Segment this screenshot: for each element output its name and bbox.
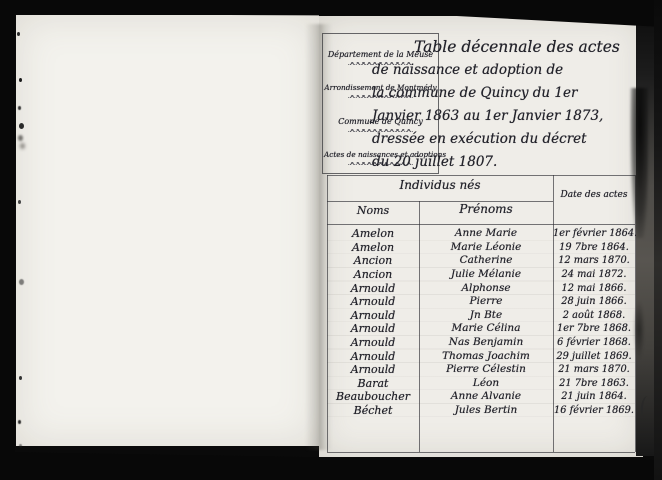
- nom-cell: Arnould: [327, 336, 419, 349]
- date-cell: 24 mai 1872.: [553, 268, 635, 281]
- title-line: dressée en exécution du décret: [372, 128, 640, 151]
- date-cell: 16 février 1869.: [553, 404, 635, 417]
- prenoms-cell: Anne Marie: [419, 227, 553, 240]
- nom-cell: Arnould: [327, 295, 419, 308]
- date-cell: 12 mai 1866.: [553, 282, 635, 295]
- date-cell: 28 juin 1866.: [553, 295, 635, 308]
- prenoms-cell: Léon: [419, 377, 553, 390]
- prenoms-cell: Marie Célina: [419, 322, 553, 335]
- nom-cell: Arnould: [327, 282, 419, 295]
- title-line: du 20 juillet 1807.: [372, 151, 640, 174]
- date-cell: 2 août 1868.: [553, 309, 635, 322]
- nom-cell: Ancion: [327, 254, 419, 267]
- register-entries: AmelonAnne Marie1er février 1864.AmelonM…: [327, 227, 635, 417]
- table-bottom-rule: [327, 452, 635, 453]
- nom-cell: Amelon: [327, 227, 419, 240]
- book-gutter-shadow: [305, 24, 332, 450]
- title-line: Table décennale des actes: [372, 36, 640, 59]
- prenoms-cell: Thomas Joachim: [419, 350, 553, 363]
- blank-left-page: [16, 15, 319, 446]
- date-cell: 1er février 1864.: [553, 227, 635, 240]
- prenoms-cell: Anne Alvanie: [419, 390, 553, 403]
- date-cell: 21 juin 1864.: [553, 390, 635, 403]
- group-header-individus-nes: Individus nés: [327, 178, 553, 192]
- nom-cell: Arnould: [327, 322, 419, 335]
- nom-cell: Béchet: [327, 404, 419, 417]
- prenoms-cell: Jules Bertin: [419, 404, 553, 417]
- prenoms-cell: Pierre: [419, 295, 553, 308]
- prenoms-cell: Jn Bte: [419, 309, 553, 322]
- scan-border-right: [654, 0, 662, 480]
- left-page-edge-speckles: [17, 32, 20, 36]
- table-page: Département de la Meuse Arrondissement d…: [319, 16, 643, 457]
- page-title: Table décennale des actes de naissance e…: [372, 36, 640, 174]
- scanned-register-spread: Département de la Meuse Arrondissement d…: [0, 0, 662, 480]
- column-header-prenoms: Prénoms: [419, 202, 553, 216]
- date-cell: 21 7bre 1863.: [553, 377, 635, 390]
- nom-cell: Amelon: [327, 241, 419, 254]
- scan-border-left: [0, 0, 15, 480]
- prenoms-cell: Marie Léonie: [419, 241, 553, 254]
- right-edge-ink-blotch: [630, 88, 648, 238]
- prenoms-cell: Julie Mélanie: [419, 268, 553, 281]
- date-cell: 12 mars 1870.: [553, 254, 635, 267]
- prenoms-cell: Nas Benjamin: [419, 336, 553, 349]
- nom-cell: Ancion: [327, 268, 419, 281]
- column-header-rule: [327, 224, 635, 225]
- title-line: la commune de Quincy du 1er: [372, 82, 640, 105]
- nom-cell: Arnould: [327, 309, 419, 322]
- column-header-date-des-actes: Date des actes: [553, 190, 635, 200]
- prenoms-cell: Catherine: [419, 254, 553, 267]
- date-cell: 6 février 1868.: [553, 336, 635, 349]
- nom-cell: Barat: [327, 377, 419, 390]
- date-cell: 29 juillet 1869.: [553, 350, 635, 363]
- table-top-rule: [327, 175, 635, 176]
- nom-cell: Arnould: [327, 350, 419, 363]
- column-header-noms: Noms: [327, 204, 419, 217]
- prenoms-cell: Alphonse: [419, 282, 553, 295]
- right-edge-smudge: [633, 300, 645, 360]
- title-line: de naissance et adoption de: [372, 59, 640, 82]
- date-cell: 21 mars 1870.: [553, 363, 635, 376]
- prenoms-cell: Pierre Célestin: [419, 363, 553, 376]
- date-cell: 1er 7bre 1868.: [553, 322, 635, 335]
- title-line: Janvier 1863 au 1er Janvier 1873,: [372, 105, 640, 128]
- nom-cell: Arnould: [327, 363, 419, 376]
- nom-cell: Beauboucher: [327, 390, 419, 403]
- date-cell: 19 7bre 1864.: [553, 241, 635, 254]
